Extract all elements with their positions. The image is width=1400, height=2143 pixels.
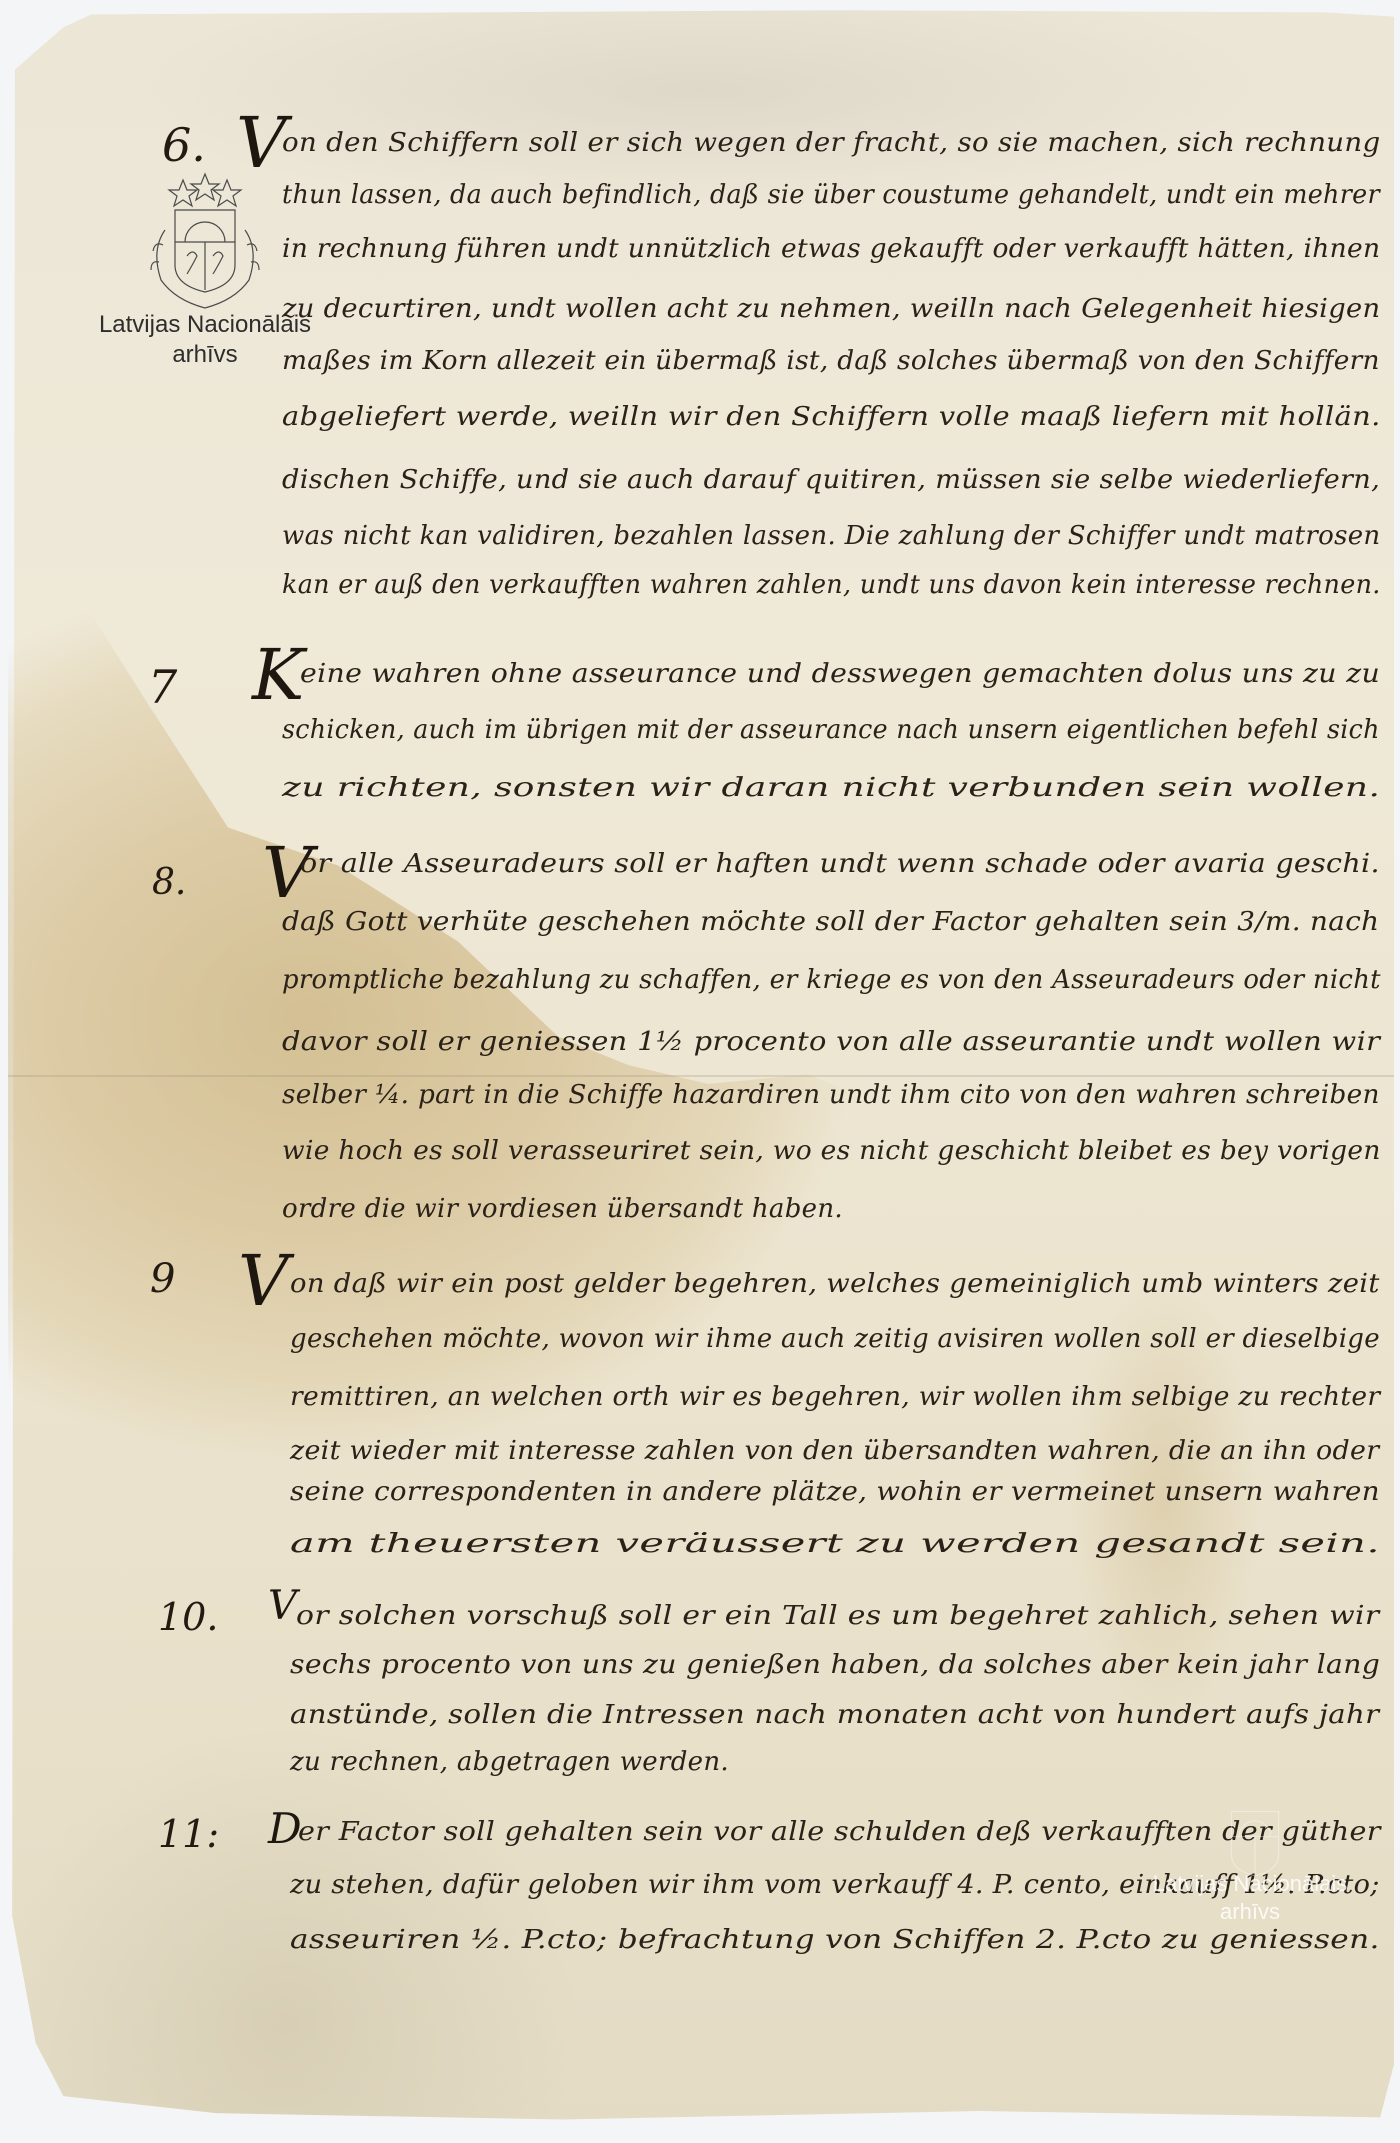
manuscript-line: maßes im Korn allezeit ein übermaß ist, … xyxy=(282,346,1380,376)
manuscript-line: in rechnung führen undt unnützlich etwas… xyxy=(282,234,1380,264)
manuscript-line: or solchen vorschuß soll er ein Tall es … xyxy=(296,1601,1380,1631)
manuscript-line: daß Gott verhüte geschehen möchte soll d… xyxy=(282,907,1379,937)
manuscript-line: on daß wir ein post gelder begehren, wel… xyxy=(290,1269,1380,1299)
manuscript-line: schicken, auch im übrigen mit der asseur… xyxy=(282,715,1380,745)
paragraph-initial: D xyxy=(268,1808,302,1850)
manuscript-line: ordre die wir vordiesen übersandt haben. xyxy=(282,1194,843,1224)
manuscript-line: geschehen möchte, wovon wir ihme auch ze… xyxy=(290,1324,1380,1354)
manuscript-line: am theuersten veräussert zu werden gesan… xyxy=(290,1529,1380,1559)
manuscript-line: dischen Schiffe, und sie auch darauf qui… xyxy=(282,465,1380,495)
manuscript-line: sechs procento von uns zu genießen haben… xyxy=(290,1650,1380,1680)
manuscript-line: kan er auß den verkaufften wahren zahlen… xyxy=(282,570,1381,600)
paragraph-number: 11: xyxy=(158,1812,219,1856)
manuscript-line: asseuriren ½. P.cto; befrachtung von Sch… xyxy=(290,1925,1380,1955)
manuscript-line: selber ¼. part in die Schiffe hazardiren… xyxy=(282,1080,1380,1110)
manuscript-line: or alle Asseuradeurs soll er haften undt… xyxy=(300,849,1380,879)
manuscript-line: eine wahren ohne asseurance und desswege… xyxy=(300,659,1380,689)
paragraph-number: 9 xyxy=(150,1256,175,1302)
paragraph-number: 10. xyxy=(158,1595,218,1639)
paragraph-initial: V xyxy=(268,1586,297,1626)
manuscript-line: seine correspondenten in andere plätze, … xyxy=(290,1477,1380,1507)
manuscript-line: thun lassen, da auch befindlich, daß sie… xyxy=(282,180,1380,210)
fold-line xyxy=(8,1075,1394,1077)
manuscript-line: wie hoch es soll verasseuriret sein, wo … xyxy=(282,1136,1381,1166)
manuscript-line: anstünde, sollen die Intressen nach mona… xyxy=(290,1700,1379,1730)
manuscript-line: on den Schiffern soll er sich wegen der … xyxy=(282,128,1381,158)
manuscript-line: zeit wieder mit interesse zahlen von den… xyxy=(290,1436,1379,1466)
manuscript-line: zu rechnen, abgetragen werden. xyxy=(290,1747,729,1777)
manuscript-line: remittiren, an welchen orth wir es begeh… xyxy=(290,1382,1380,1412)
paragraph-initial: V xyxy=(236,108,287,178)
manuscript-line: promptliche bezahlung zu schaffen, er kr… xyxy=(282,965,1381,995)
paragraph-initial: V xyxy=(238,1246,289,1316)
paragraph-number: 6. xyxy=(162,118,206,172)
archive-watermark-bottom: Latvijas Nacionālais arhīvs xyxy=(1130,1870,1370,1925)
paragraph-initial: K xyxy=(252,640,304,710)
archive-name-line1: Latvijas Nacionālais xyxy=(1130,1870,1370,1898)
manuscript-line: abgeliefert werde, weilln wir den Schiff… xyxy=(282,402,1381,432)
manuscript-line: was nicht kan validiren, bezahlen lassen… xyxy=(282,521,1380,551)
paragraph-number: 8. xyxy=(152,862,186,903)
archive-name-line2: arhīvs xyxy=(1130,1898,1370,1926)
latvian-coat-of-arms-icon xyxy=(135,170,275,310)
manuscript-line: zu decurtiren, undt wollen acht zu nehme… xyxy=(282,294,1380,324)
paragraph-number: 7 xyxy=(148,660,177,714)
manuscript-line: zu richten, sonsten wir daran nicht verb… xyxy=(282,773,1380,803)
manuscript-line: davor soll er geniessen 1½ procento von … xyxy=(282,1027,1380,1057)
